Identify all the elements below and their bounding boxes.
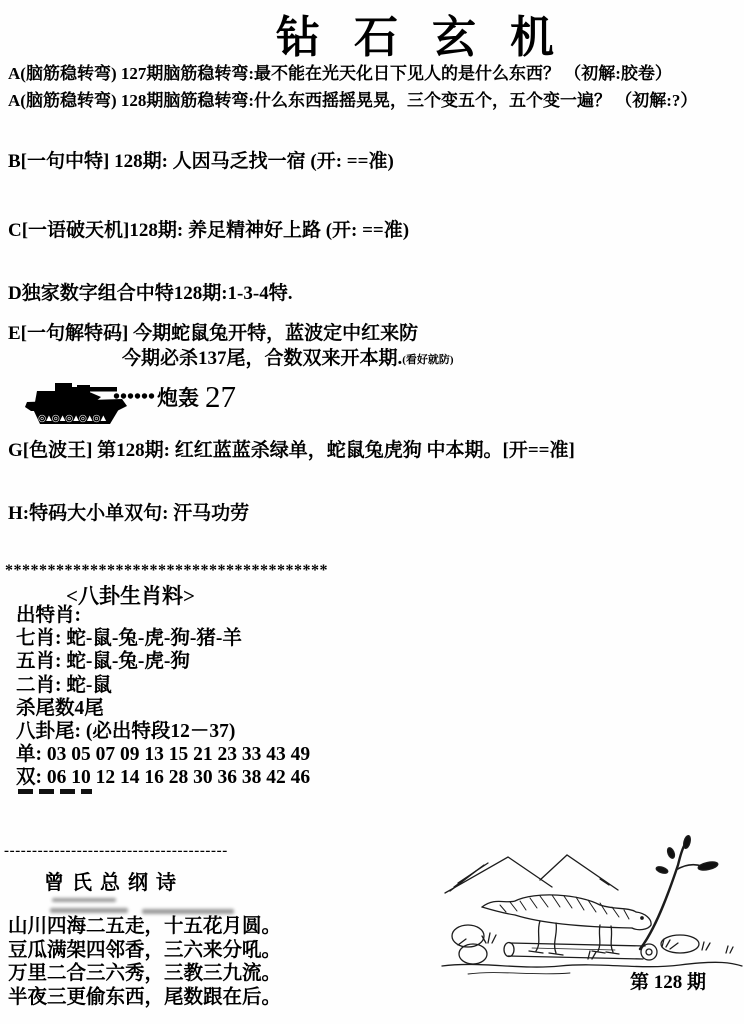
diamond-mystery-page: 钻石玄机 A(脑筋稳转弯) 127期脑筋稳转弯:最不能在光天化日下见人的是什么东…: [0, 0, 744, 1024]
section-b: B[一句中特] 128期: 人因马乏找一宿 (开: ==准): [8, 146, 394, 173]
bagua-row-even-numbers: 双: 06 10 12 14 16 28 30 36 38 42 46: [16, 766, 310, 789]
section-e-line2: 今期必杀137尾，合数双来开本期.(看好就防): [122, 343, 454, 370]
page-title: 钻石玄机: [276, 14, 588, 62]
poem-line: 山川四海二五走，十五花月圆。: [8, 915, 281, 939]
cannon-label: 炮轰: [157, 382, 199, 412]
faded-text-smudge: [142, 909, 234, 914]
poem-line: 万里二合三六秀，三教三九流。: [8, 962, 281, 986]
mountain-lizard-illustration: [440, 835, 744, 985]
bagua-row-wuxiao: 五肖: 蛇-鼠-兔-虎-狗: [16, 650, 310, 673]
bagua-row-chute: 出特肖:: [16, 604, 310, 627]
poem-line: 半夜三更偷东西，尾数跟在后。: [8, 986, 281, 1010]
stars-divider: **************************************: [5, 562, 328, 580]
poem-heading: 曾氏总纲诗: [44, 866, 184, 895]
cannon-number: 27: [205, 379, 236, 415]
bagua-row-baguawei: 八卦尾: (必出特段12－37): [16, 720, 310, 743]
poem-line: 豆瓜满架四邻香，三六来分吼。: [8, 939, 281, 963]
bagua-row-erxiao: 二肖: 蛇-鼠: [16, 674, 310, 697]
section-h: H:特码大小单双句: 汗马功劳: [8, 498, 249, 525]
faded-text-smudge: [52, 898, 116, 902]
bagua-row-shawei: 杀尾数4尾: [16, 697, 310, 720]
poem-lines: 山川四海二五走，十五花月圆。 豆瓜满架四邻香，三六来分吼。 万里二合三六秀，三教…: [8, 915, 281, 1009]
cannon-dots: ••••••: [113, 387, 155, 407]
riddle-line-127: A(脑筋稳转弯) 127期脑筋稳转弯:最不能在光天化日下见人的是什么东西？ （初…: [8, 59, 672, 84]
tank-track-pattern: ◎▲◎▲◎▲◎▲◎▲: [38, 414, 108, 424]
riddle-line-128: A(脑筋稳转弯) 128期脑筋稳转弯:什么东西摇摇晃晃，三个变五个，五个变一遍？…: [8, 86, 697, 111]
bagua-row-qixiao: 七肖: 蛇-鼠-兔-虎-狗-猪-羊: [16, 627, 310, 650]
section-d: D独家数字组合中特128期:1-3-4特.: [8, 278, 292, 305]
e-line2-text: 今期必杀137尾，合数双来开本期.: [122, 348, 402, 369]
bagua-row-odd-numbers: 单: 03 05 07 09 13 15 21 23 33 43 49: [16, 743, 310, 766]
section-e-line1: E[一句解特码] 今期蛇鼠兔开特，蓝波定中红来防: [8, 318, 418, 345]
section-c: C[一语破天机]128期: 养足精神好上路 (开: ==准): [8, 215, 409, 242]
section-g: G[色波王] 第128期: 红红蓝蓝杀绿单，蛇鼠兔虎狗 中本期。[开==准]: [8, 435, 575, 462]
bagua-zodiac-list: 出特肖: 七肖: 蛇-鼠-兔-虎-狗-猪-羊 五肖: 蛇-鼠-兔-虎-狗 二肖:…: [16, 604, 310, 790]
period-caption: 第 128 期: [630, 967, 706, 994]
cannon-blast-line: •••••• 炮轰 27: [113, 379, 236, 415]
faded-text-smudge: [50, 908, 128, 913]
dashed-divider: ----------------------------------------: [4, 843, 228, 860]
clipped-text-fragment: [18, 789, 92, 794]
e-small-note: (看好就防): [402, 354, 453, 366]
